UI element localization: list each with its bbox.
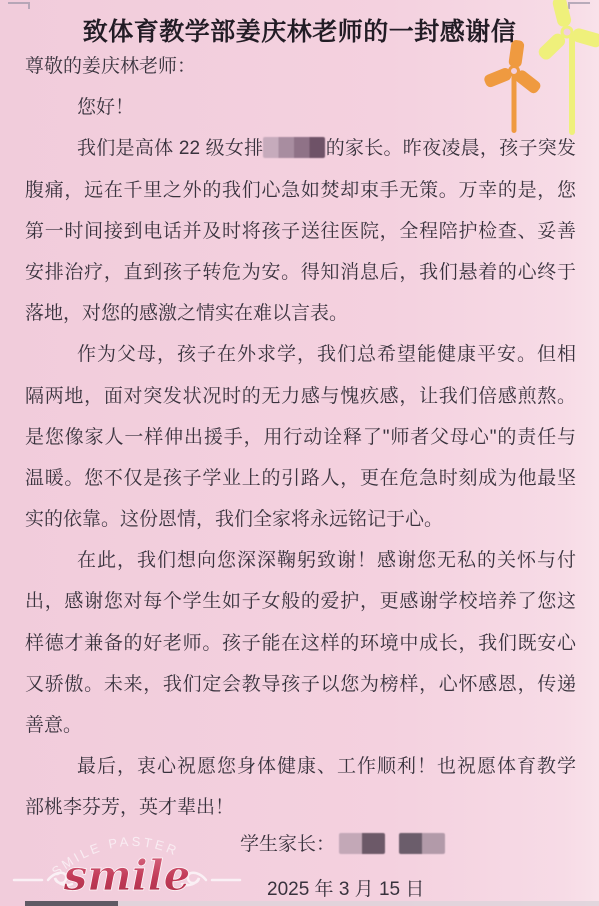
redacted-name: [339, 833, 385, 854]
letter-line: 是您像家人一样伸出援手，用行动诠释了"师者父母心"的责任与: [25, 417, 576, 458]
letter-body: 尊敬的姜庆林老师：您好！我们是高体 22 级女排的家长。昨夜凌晨，孩子突发腹痛，…: [25, 46, 576, 829]
letter-line: 隔两地，面对突发状况时的无力感与愧疚感，让我们倍感煎熬。: [25, 376, 576, 417]
letter-line: 又骄傲。未来，我们定会教导孩子以您为榜样，心怀感恩，传递: [25, 664, 576, 705]
letter-line: 实的依靠。这份恩情，我们全家将永远铭记于心。: [25, 499, 576, 540]
bottom-edge-dark-bar: [25, 901, 118, 906]
letter-line: 落地，对您的感激之情实在难以言表。: [25, 293, 576, 334]
smile-sticker: SMILE PASTER smile: [12, 820, 242, 906]
letter-line: 作为父母，孩子在外求学，我们总希望能健康平安。但相: [25, 334, 576, 375]
letter-line: 出，感谢您对每个学生如子女般的爱护，更感谢学校培养了您这: [25, 581, 576, 622]
letter-page: 致体育教学部姜庆林老师的一封感谢信 尊敬的姜庆林老师：您好！我们是高体 22 级…: [0, 0, 599, 906]
letter-line: 在此，我们想向您深深鞠躬致谢！感谢您无私的关怀与付: [25, 540, 576, 581]
letter-title: 致体育教学部姜庆林老师的一封感谢信: [0, 12, 599, 48]
signature-row: 学生家长：: [240, 832, 455, 858]
letter-line: 温暖。您不仅是孩子学业上的引路人，更在危急时刻成为他最坚: [25, 458, 576, 499]
signature-label: 学生家长：: [240, 834, 335, 855]
letter-line: 尊敬的姜庆林老师：: [25, 46, 576, 87]
letter-line: 腹痛，远在千里之外的我们心急如焚却束手无策。万幸的是，您: [25, 170, 576, 211]
letter-line: 第一时间接到电话并及时将孩子送往医院，全程陪护检查、妥善: [25, 211, 576, 252]
redacted-name: [399, 833, 445, 854]
letter-line: 安排治疗，直到孩子转危为安。得知消息后，我们悬着的心终于: [25, 252, 576, 293]
letter-line: 善意。: [25, 705, 576, 746]
letter-line: 您好！: [25, 87, 576, 128]
signature-redactions: [335, 834, 455, 855]
letter-date: 2025 年 3 月 15 日: [267, 874, 424, 901]
letter-line: 我们是高体 22 级女排的家长。昨夜凌晨，孩子突发: [25, 128, 576, 169]
redacted-text: [263, 137, 325, 158]
frame-corner-left-icon: [8, 2, 30, 9]
letter-line: 样德才兼备的好老师。孩子能在这样的环境中成长，我们既安心: [25, 623, 576, 664]
sticker-flourish-right-icon: [182, 873, 240, 885]
letter-line: 最后，衷心祝愿您身体健康、工作顺利！也祝愿体育教学: [25, 746, 576, 787]
sticker-smile-word: smile: [63, 851, 191, 900]
